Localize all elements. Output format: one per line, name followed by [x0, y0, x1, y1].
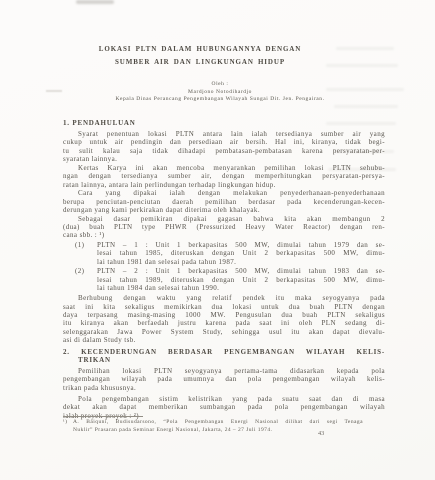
body-text-column: 1. PENDAHULUAN Syarat penentuan lokasi P… [63, 119, 385, 420]
text-line: tu sulit kalau saja tidak dihadapi pemba… [63, 147, 385, 155]
text-line: trikan pada khususnya. [63, 384, 385, 392]
byline-label: Oleh : [55, 81, 385, 89]
text-line: lai tahun 1981 dan selesai pada tahun 19… [97, 258, 385, 266]
text-line: lesai tahun 1985, diteruskan dengan Unit… [97, 249, 385, 257]
text-line: lesai tahun 1989, diteruskan dengan Unit… [97, 276, 385, 284]
text-line: dekat akan dapat memberikan sumbangan pa… [63, 403, 385, 411]
section-1-paragraph-4: Sebagai dasar pemikiran dipakai gagasan … [63, 215, 385, 240]
footnote-marker: ¹) [63, 419, 67, 427]
list-item-pltn-1: (1) PLTN – 1 : Unit 1 berkapasitas 500 M… [63, 241, 385, 266]
section-2-paragraph-1: Pemilihan lokasi PLTN seyogyanya pertama… [63, 367, 385, 392]
bleed-through-artifact [334, 105, 398, 108]
text-line: Pemilihan lokasi PLTN seyogyanya pertama… [63, 367, 385, 375]
list-marker: (2) [75, 267, 84, 275]
text-line: selenggarakan Jawa Power System Study, s… [63, 328, 385, 336]
section-1-paragraph-2: Kertas Karya ini akan mencoba menyaranka… [63, 164, 385, 189]
text-line: berupa penciutan-penciutan daerah pemili… [63, 198, 385, 206]
text-line: Sebagai dasar pemikiran dipakai gagasan … [63, 215, 385, 223]
text-line: asi di dalam Study tsb. [63, 336, 385, 344]
scan-artifact-top [76, 0, 114, 4]
section-1-paragraph-1: Syarat penentuan lokasi PLTN antara lain… [63, 130, 385, 164]
list-item-text: PLTN – 2 : Unit 1 berkapasitas 500 MW, d… [97, 267, 385, 292]
text-line: A. Baiquni, Budisudarsono, “Pola Pengemb… [73, 419, 363, 427]
text-line: Berhubung dengan waktu yang relatif pend… [63, 294, 385, 302]
text-line: ngan dengan tersedianya sumber air, deng… [63, 172, 385, 180]
author-affiliation: Kepala Dinas Perancang Pengembangan Wila… [55, 96, 385, 104]
list-item-pltn-2: (2) PLTN – 2 : Unit 1 berkapasitas 500 M… [63, 267, 385, 292]
list-item-text: PLTN – 1 : Unit 1 berkapasitas 500 MW, d… [97, 241, 385, 266]
scanned-paper-page: LOKASI PLTN DALAM HUBUNGANNYA DENGANSUMB… [0, 0, 435, 480]
text-line: Pola pengembangan sistim kelistrikan yan… [63, 395, 385, 403]
section-2-heading: 2. KECENDERUNGAN BERDASAR PENGEMBANGAN W… [63, 348, 385, 365]
page-number: 43 [318, 430, 324, 437]
footnote-rule [63, 416, 143, 417]
text-line: Syarat penentuan lokasi PLTN antara lain… [63, 130, 385, 138]
text-line: LOKASI PLTN DALAM HUBUNGANNYA DENGAN [40, 43, 360, 56]
section-1-heading: 1. PENDAHULUAN [63, 119, 385, 128]
text-line: itu kiranya akan berfaedah justru karena… [63, 319, 385, 327]
list-marker: (1) [75, 241, 84, 249]
section-1-paragraph-3: Cara yang dipakai ialah dengan melakukan… [63, 189, 385, 214]
text-line: ratan lainnya, antara lain perlindungan … [63, 181, 385, 189]
text-line: 2. KECENDERUNGAN BERDASAR PENGEMBANGAN W… [63, 348, 385, 356]
author-name: Mardjono Notodihardjo [55, 89, 385, 97]
section-1-paragraph-5: Berhubung dengan waktu yang relatif pend… [63, 294, 385, 345]
text-line: lai tahun 1984 dan selesai tahun 1990. [97, 284, 385, 292]
text-line: derungan yang kami perkirakan dapat dite… [63, 206, 385, 214]
text-line: 1. PENDAHULUAN [63, 119, 385, 128]
text-line: Cara yang dipakai ialah dengan melakukan… [63, 189, 385, 197]
text-line: (dua) buah PLTN type PHWR (Pressurized H… [63, 223, 385, 231]
text-line: PLTN – 1 : Unit 1 berkapasitas 500 MW, d… [97, 241, 385, 249]
text-line: pengembangan wilayah pada umumnya dan po… [63, 375, 385, 383]
text-line: TRIKAN [63, 356, 385, 364]
text-line: PLTN – 2 : Unit 1 berkapasitas 500 MW, d… [97, 267, 385, 275]
text-line: saat ini kita sekaligus memikirkan dua l… [63, 303, 385, 311]
byline-block: Oleh : Mardjono Notodihardjo Kepala Dina… [55, 81, 385, 104]
text-line: daya terpasang masing-masing 1000 MW. Pe… [63, 311, 385, 319]
text-line: Kertas Karya ini akan mencoba menyaranka… [63, 164, 385, 172]
text-line: cana sbb. : ¹) [63, 231, 385, 239]
text-line: SUMBER AIR DAN LINGKUNGAN HIDUP [40, 56, 360, 69]
text-line: syaratan lainnya. [63, 155, 385, 163]
paper-title: LOKASI PLTN DALAM HUBUNGANNYA DENGANSUMB… [40, 43, 360, 69]
text-line: cukup untuk air pendingin dan persediaan… [63, 138, 385, 146]
